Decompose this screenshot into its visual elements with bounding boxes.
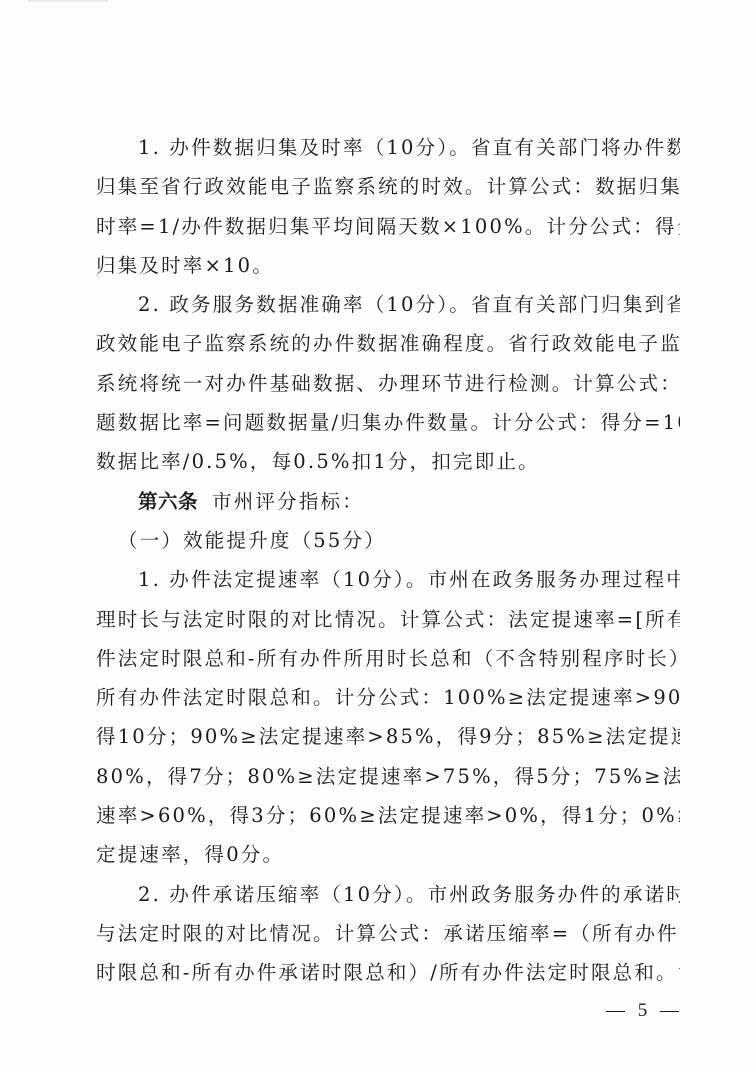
paragraph-2-line-4: 题数据比率=问题数据量/归集办件数量。计分公式：得分=10-问题: [96, 403, 680, 442]
paragraph-1-line-4: 归集及时率×10。: [96, 246, 680, 285]
article-title: 市州评分指标：: [212, 490, 364, 513]
scan-edge-mark: [28, 0, 108, 2]
paragraph-3-line-2: 理时长与法定时限的对比情况。计算公式：法定提速率=[所有办: [96, 600, 680, 639]
article-heading: 第六条市州评分指标：: [96, 482, 680, 521]
article-label: 第六条: [138, 490, 198, 513]
paragraph-3-line-1: 1. 办件法定提速率（10分）。市州在政务服务办理过程中办: [96, 560, 680, 599]
document-body: 1. 办件数据归集及时率（10分）。省直有关部门将办件数据 归集至省行政效能电子…: [96, 128, 680, 993]
paragraph-4-line-1: 2. 办件承诺压缩率（10分）。市州政务服务办件的承诺时限: [96, 875, 680, 914]
paragraph-3-line-5: 得10分；90%≥法定提速率>85%，得9分；85%≥法定提速率>: [96, 717, 680, 756]
paragraph-2-line-3: 系统将统一对办件基础数据、办理环节进行检测。计算公式：问: [96, 364, 680, 403]
document-page: 1. 办件数据归集及时率（10分）。省直有关部门将办件数据 归集至省行政效能电子…: [0, 0, 756, 1074]
paragraph-3-line-3: 件法定时限总和-所有办件所用时长总和（不含特别程序时长）]/: [96, 639, 680, 678]
paragraph-4-line-2: 与法定时限的对比情况。计算公式：承诺压缩率=（所有办件法定: [96, 914, 680, 953]
paragraph-1-line-2: 归集至省行政效能电子监察系统的时效。计算公式：数据归集及: [96, 167, 680, 206]
paragraph-3-line-6: 80%，得7分；80%≥法定提速率>75%，得5分；75%≥法定提: [96, 757, 680, 796]
paragraph-2-line-1: 2. 政务服务数据准确率（10分）。省直有关部门归集到省行: [96, 285, 680, 324]
page-number: — 5 —: [606, 1000, 683, 1022]
paragraph-1-line-3: 时率=1/办件数据归集平均间隔天数×100%。计分公式：得分=数据: [96, 207, 680, 246]
paragraph-1-line-1: 1. 办件数据归集及时率（10分）。省直有关部门将办件数据: [96, 128, 680, 167]
paragraph-2-line-2: 政效能电子监察系统的办件数据准确程度。省行政效能电子监察: [96, 324, 680, 363]
paragraph-3-line-4: 所有办件法定时限总和。计分公式：100%≥法定提速率>90%，: [96, 678, 680, 717]
section-heading: （一）效能提升度（55分）: [96, 521, 680, 560]
paragraph-3-line-8: 定提速率，得0分。: [96, 835, 680, 874]
paragraph-3-line-7: 速率>60%，得3分；60%≥法定提速率>0%，得1分；0%≥法: [96, 796, 680, 835]
paragraph-2-line-5: 数据比率/0.5%，每0.5%扣1分，扣完即止。: [96, 442, 680, 481]
paragraph-4-line-3: 时限总和-所有办件承诺时限总和）/所有办件法定时限总和。计分: [96, 953, 680, 992]
